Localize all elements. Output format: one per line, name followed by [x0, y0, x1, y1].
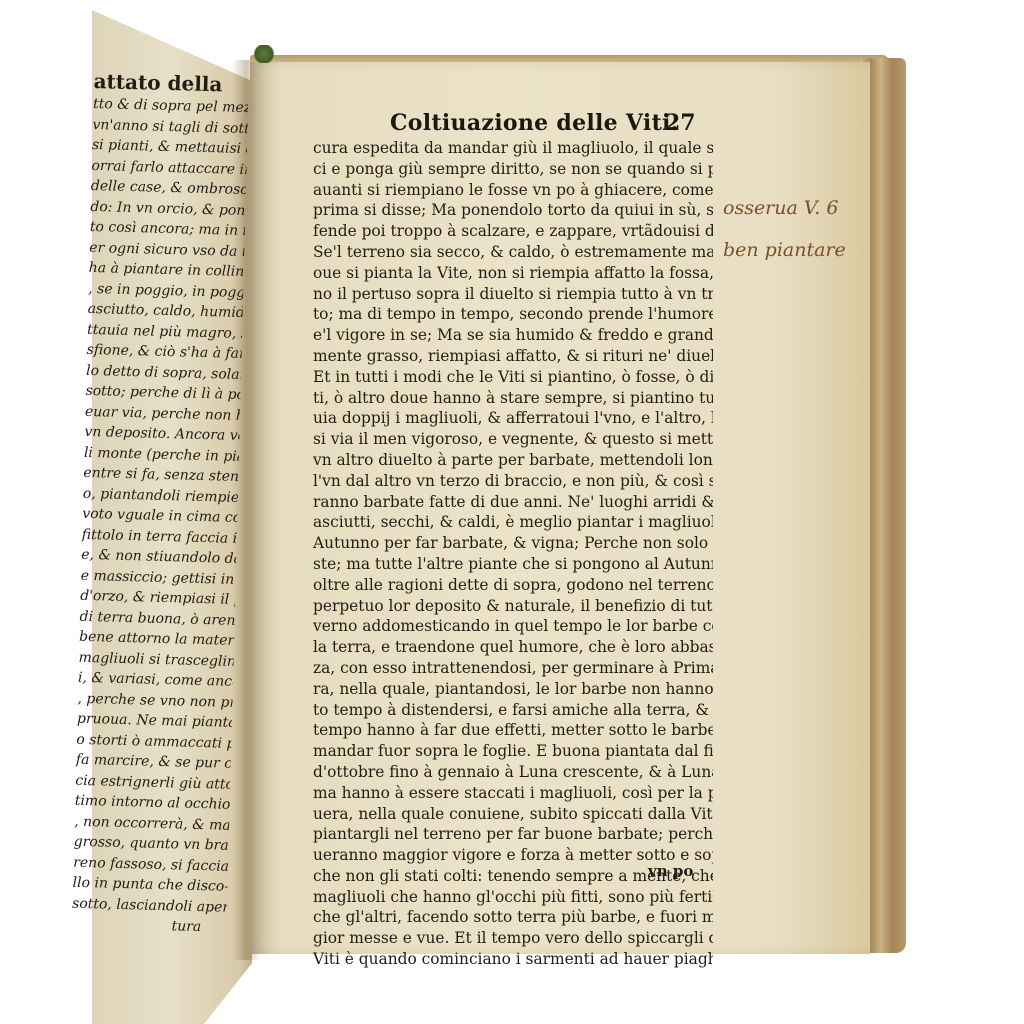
- text-line: e'l vigore in se; Ma se sia humido & fre…: [313, 325, 713, 346]
- text-line: l'vn dal altro vn terzo di braccio, e no…: [313, 471, 713, 492]
- text-line: tempo hanno à far due effetti, metter so…: [313, 720, 713, 741]
- text-line: asciutti, secchi, & caldi, è meglio pian…: [313, 512, 713, 533]
- text-line: verno addomesticando in quel tempo le lo…: [313, 616, 713, 637]
- text-line: to; ma di tempo in tempo, secondo prende…: [313, 304, 713, 325]
- text-line: perpetuo lor deposito & naturale, il ben…: [313, 596, 713, 617]
- text-line: Autunno per far barbate, & vigna; Perche…: [313, 533, 713, 554]
- text-line: ra, nella quale, piantandosi, le lor bar…: [313, 679, 713, 700]
- text-line: oue si pianta la Vite, non si riempia af…: [313, 263, 713, 284]
- text-line: fende poi troppo à scalzare, e zappare, …: [313, 221, 713, 242]
- note-line: ben piantare: [723, 230, 863, 270]
- text-line: mente grasso, riempiasi affatto, & si ri…: [313, 346, 713, 367]
- handwritten-marginal-note: osserua V. 6 ben piantare: [723, 188, 863, 270]
- left-line: sotto, lasciandoli aper-: [72, 893, 227, 918]
- running-head: Coltiuazione delle Viti.: [390, 110, 679, 136]
- text-line: che gl'altri, facendo sotto terra più ba…: [313, 907, 713, 928]
- text-line: Se'l terreno sia secco, & caldo, ò estre…: [313, 242, 713, 263]
- text-line: ci e ponga giù sempre diritto, se non se…: [313, 159, 713, 180]
- text-line: ti, ò altro doue hanno à stare sempre, s…: [313, 388, 713, 409]
- text-line: uia doppij i magliuoli, & afferratoui l'…: [313, 408, 713, 429]
- text-line: Et in tutti i modi che le Viti si pianti…: [313, 367, 713, 388]
- ribbon-bookmark: [252, 45, 276, 63]
- page-number: 27: [665, 110, 696, 136]
- text-line: gior messe e vue. Et il tempo vero dello…: [313, 928, 713, 949]
- text-line: no il pertuso sopra il diuelto si riempi…: [313, 284, 713, 305]
- text-line: auanti si riempiano le fosse vn po à ghi…: [313, 180, 713, 201]
- text-line: mandar fuor sopra le foglie. E buona pia…: [313, 741, 713, 762]
- text-line: uera, nella quale conuiene, subito spicc…: [313, 804, 713, 825]
- text-line: magliuoli che hanno gl'occhi più fitti, …: [313, 887, 713, 908]
- left-page-title: attato della: [93, 68, 249, 98]
- text-line: si via il men vigoroso, e vegnente, & qu…: [313, 429, 713, 450]
- left-line: tura: [71, 914, 226, 939]
- text-line: za, con esso intrattenendosi, per germin…: [313, 658, 713, 679]
- text-line: ste; ma tutte l'altre piante che si pong…: [313, 554, 713, 575]
- text-line: cura espedita da mandar giù il magliuolo…: [313, 138, 713, 159]
- text-line: prima si disse; Ma ponendolo torto da qu…: [313, 200, 713, 221]
- text-line: to tempo à distendersi, e farsi amiche a…: [313, 700, 713, 721]
- catchword: vn po: [648, 862, 693, 880]
- right-page-text: cura espedita da mandar giù il magliuolo…: [313, 138, 713, 970]
- left-page-text: attato della tto & di sopra pel mezo pas…: [71, 68, 249, 938]
- text-line: ranno barbate fatte di due anni. Ne' luo…: [313, 492, 713, 513]
- text-line: oltre alle ragioni dette di sopra, godon…: [313, 575, 713, 596]
- text-line: piantargli nel terreno per far buone bar…: [313, 824, 713, 845]
- text-line: ma hanno à essere staccati i magliuoli, …: [313, 783, 713, 804]
- text-line: vn altro diuelto à parte per barbate, me…: [313, 450, 713, 471]
- text-line: Viti è quando cominciano i sarmenti ad h…: [313, 949, 713, 970]
- note-line: osserua V. 6: [723, 188, 863, 228]
- open-book-photo: attato della tto & di sopra pel mezo pas…: [0, 0, 1024, 1024]
- text-line: d'ottobre fino à gennaio à Luna crescent…: [313, 762, 713, 783]
- text-line: la terra, e traendone quel humore, che è…: [313, 637, 713, 658]
